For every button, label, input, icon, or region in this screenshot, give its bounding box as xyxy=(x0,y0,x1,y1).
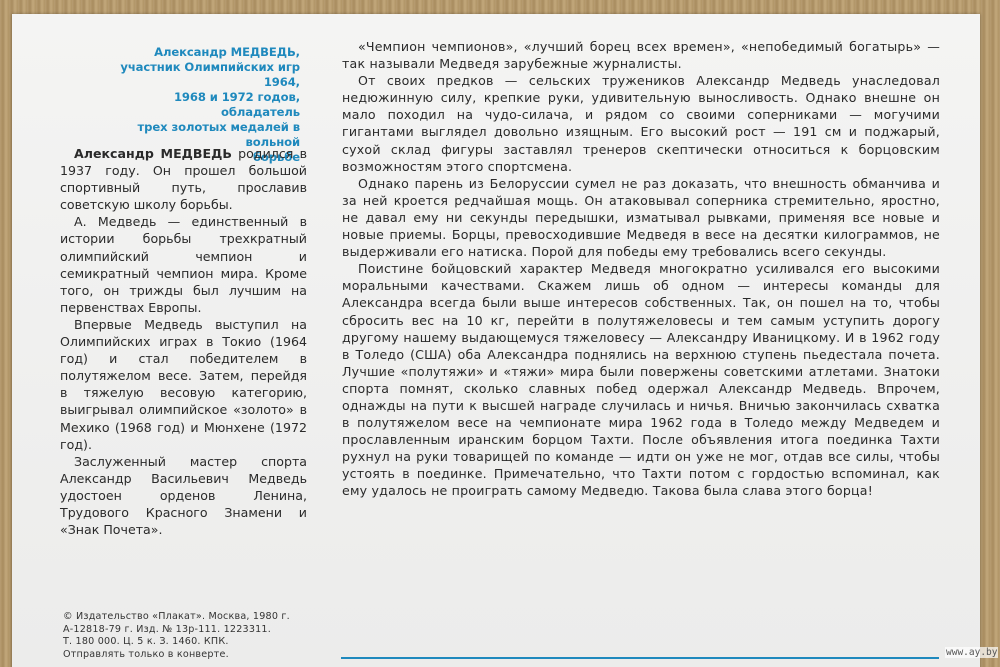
watermark: www.ay.by xyxy=(945,647,998,658)
article-column: «Чемпион чемпионов», «лучший борец всех … xyxy=(342,38,940,500)
bio-paragraph: Впервые Медведь выступил на Олимпийских … xyxy=(60,316,307,453)
bio-paragraph: А. Медведь — единственный в истории борь… xyxy=(60,213,307,316)
caption-line: 1968 и 1972 годов, обладатель xyxy=(110,90,300,120)
imprint-line: Отправлять только в конверте. xyxy=(63,649,293,662)
article-paragraph: От своих предков — сельских тружеников А… xyxy=(342,72,940,175)
bio-paragraph: Александр МЕДВЕДЬ родился в 1937 году. О… xyxy=(60,145,307,213)
imprint-line: © Издательство «Плакат». Москва, 1980 г. xyxy=(63,611,293,624)
article-paragraph: Поистине бойцовский характер Медведя мно… xyxy=(342,260,940,499)
article-paragraph: «Чемпион чемпионов», «лучший борец всех … xyxy=(342,38,940,72)
address-line-rule xyxy=(341,657,939,659)
biography-column: Александр МЕДВЕДЬ родился в 1937 году. О… xyxy=(60,145,307,538)
caption-line: участник Олимпийских игр 1964, xyxy=(110,60,300,90)
imprint-line: А-12818-79 г. Изд. № 13р-111. 1223311. xyxy=(63,624,293,637)
imprint-line: Т. 180 000. Ц. 5 к. З. 1460. КПК. xyxy=(63,636,293,649)
athlete-name: Александр МЕДВЕДЬ xyxy=(74,146,232,161)
article-paragraph: Однако парень из Белоруссии сумел не раз… xyxy=(342,175,940,260)
caption-line: Александр МЕДВЕДЬ, xyxy=(110,45,300,60)
publisher-imprint: © Издательство «Плакат». Москва, 1980 г.… xyxy=(63,611,293,661)
bio-paragraph: Заслуженный мастер спорта Александр Васи… xyxy=(60,453,307,538)
